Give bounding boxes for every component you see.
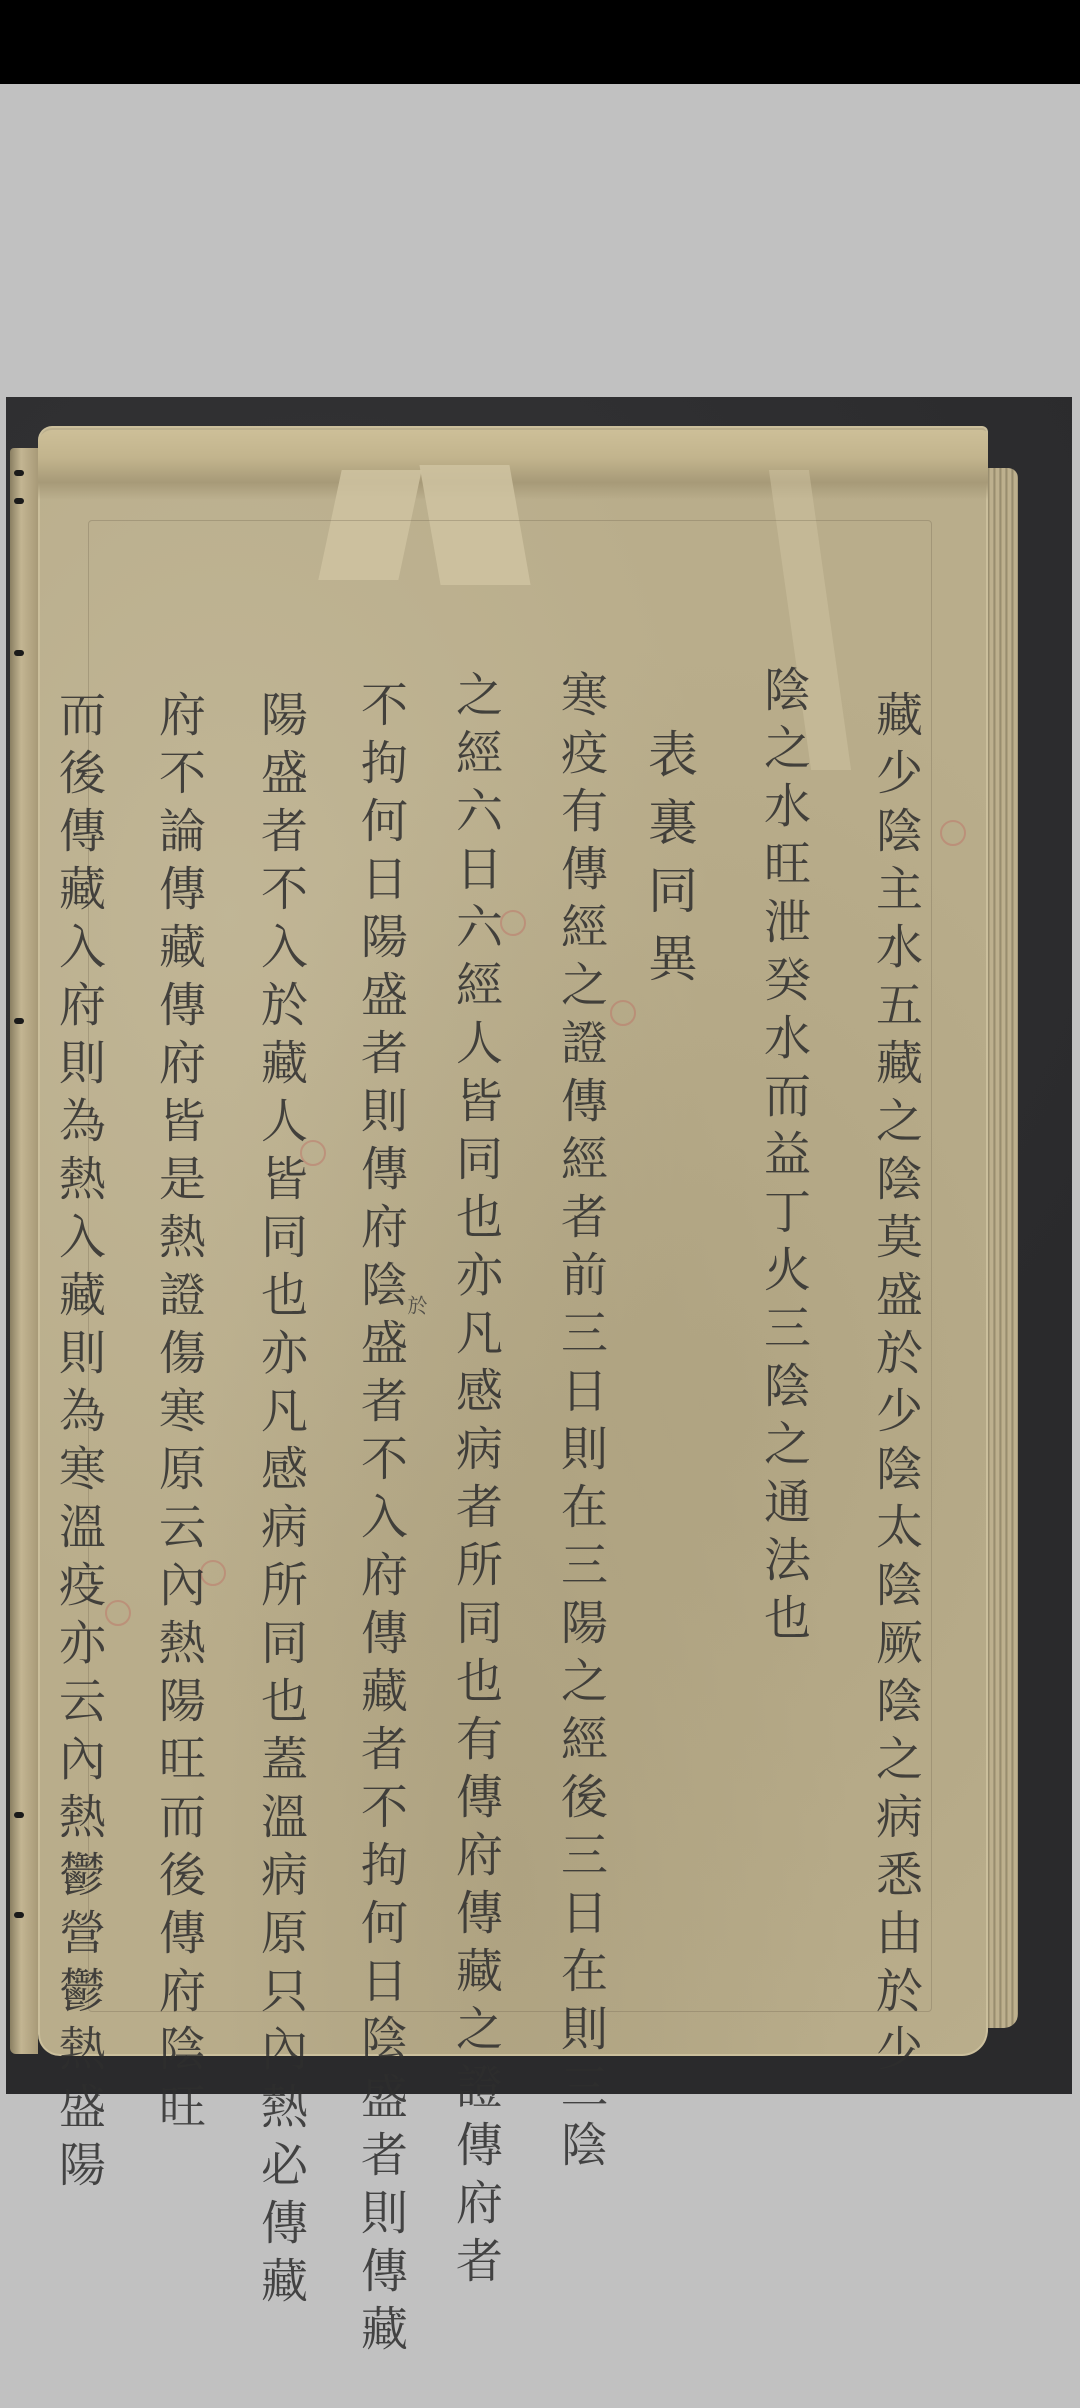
red-seal-mark [940,820,966,846]
text-column-6: 不拘何日陽盛者則傳府陰盛者不入府傳藏者不拘何日陰盛者則傳藏 [357,680,404,2362]
interlinear-note: 於 [402,1295,431,1315]
text-column-2: 陰之水旺泄癸水而益丁火三陰之通法也 [760,665,807,1651]
text-column-7: 陽盛者不入於藏人皆同也亦凡感病所同也蓋溫病原只內熱必傳藏 [257,690,304,2314]
binding-stitch [14,1912,24,1918]
text-column-8: 府不論傳藏傳府皆是熱證傷寒原云內熱陽旺而後傳府陰旺 [155,690,202,2140]
text-column-1: 藏少陰主水五藏之陰莫盛於少陰太陰厥陰之病悉由於少 [872,690,919,2082]
text-column-9: 而後傳藏入府則為熱入藏則為寒溫疫亦云內熱鬱營鬱熱盛陽 [55,690,102,2198]
binding-stitch [14,498,24,504]
text-column-5: 之經六日六經人皆同也亦凡感病者所同也有傳府傳藏之證傳府者 [452,670,499,2294]
status-bar [0,0,1080,84]
red-seal-mark [105,1600,131,1626]
binding-stitch [14,1812,24,1818]
red-seal-mark [500,910,526,936]
binding-stitch [14,650,24,656]
text-column-4: 寒疫有傳經之證傳經者前三日則在三陽之經後三日在則三陰 [557,670,604,2178]
binding-stitch [14,1018,24,1024]
section-heading: 表裏同異 [644,728,694,1000]
red-seal-mark [610,1000,636,1026]
binding-stitch [14,470,24,476]
